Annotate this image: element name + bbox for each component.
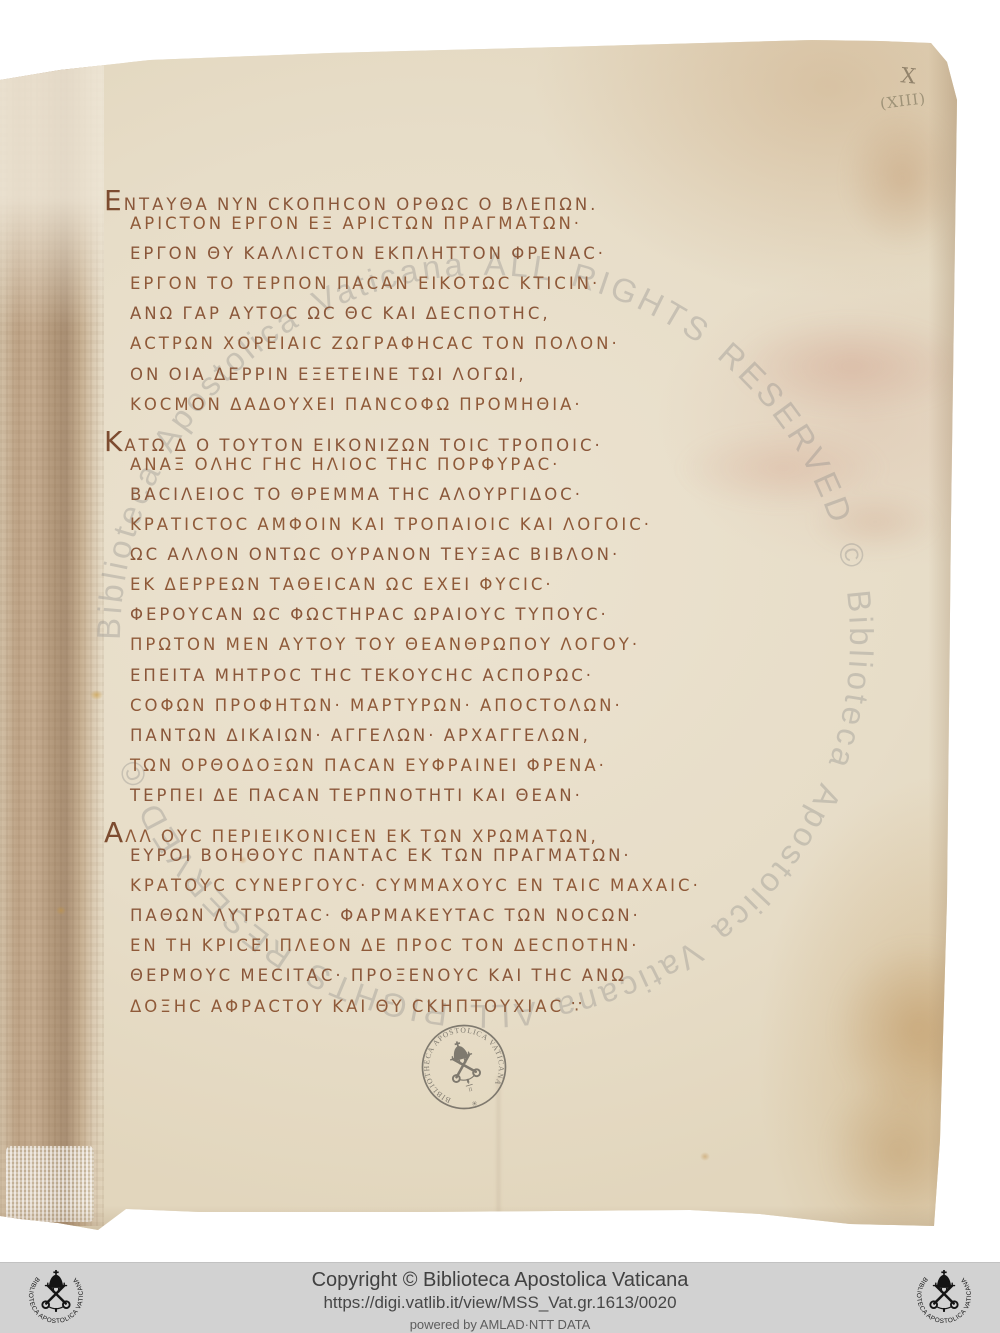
parchment-page: Biblioteca Apostolica Vaticana ALL RIGHT… <box>0 0 963 1235</box>
source-url: https://digi.vatlib.it/view/MSS_Vat.gr.1… <box>0 1293 1000 1313</box>
copyright-line: Copyright © Biblioteca Apostolica Vatica… <box>0 1269 1000 1292</box>
powered-by-line: powered by AMLAD·NTT DATA <box>0 1317 1000 1332</box>
digitized-manuscript-viewer: { "page": { "folio_mark": "X", "folio_ma… <box>0 0 1000 1333</box>
papal-keys-tiara-icon <box>930 1270 957 1312</box>
footer-bar: BIBLIOTECA APOSTOLICA VATICANA Copyright… <box>0 1262 1000 1333</box>
ink-speck-top-left <box>4 2 13 10</box>
page-edge-shading <box>0 0 963 1235</box>
footer-text-block: Copyright © Biblioteca Apostolica Vatica… <box>0 1263 1000 1332</box>
vatican-library-logo-right: BIBLIOTECA APOSTOLICA VATICANA <box>902 1266 986 1330</box>
